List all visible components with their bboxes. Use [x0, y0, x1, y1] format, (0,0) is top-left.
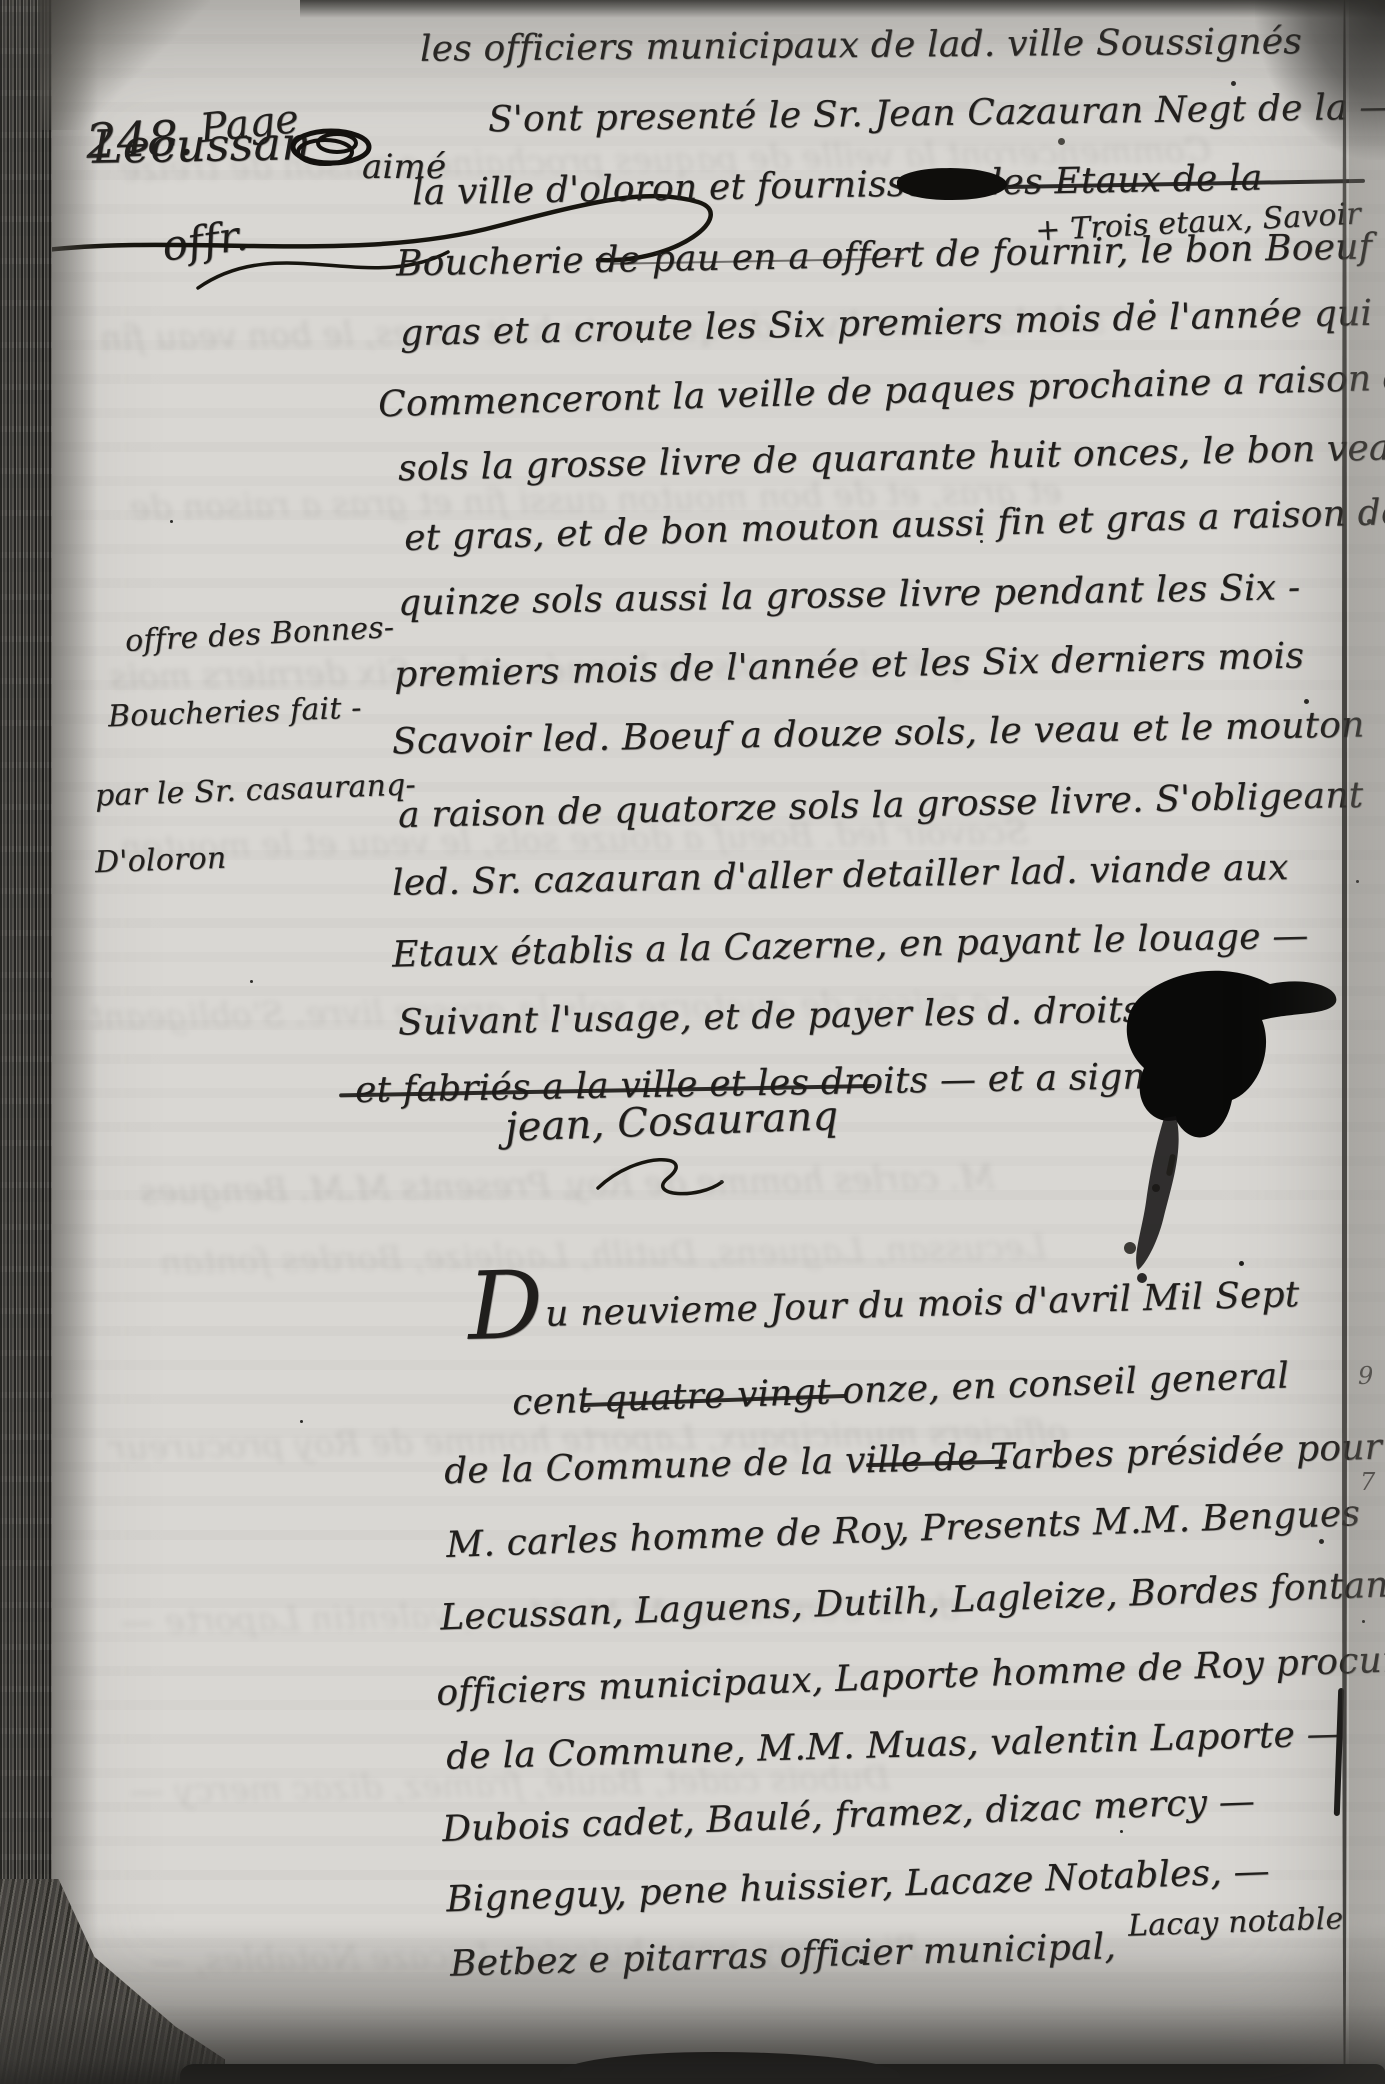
manuscript-line: cent quatre vingt onze, en conseil gener… — [512, 1358, 1290, 1421]
margin-note-line: offre des Bonnes- — [124, 613, 394, 657]
manuscript-line: officiers municipaux, Laporte homme de R… — [436, 1640, 1385, 1712]
manuscript-page: Commenceront la veille de paques prochai… — [0, 0, 1385, 2084]
manuscript-line: Commenceront la veille de paques prochai… — [378, 357, 1385, 424]
manuscript-line: de la Commune, M.M. Muas, valentin Lapor… — [446, 1716, 1344, 1775]
page-fold-line — [1342, 0, 1347, 2084]
corner-shadow-top-left — [40, 0, 210, 130]
strike-mark — [611, 257, 904, 264]
manuscript-line: a raison de quatorze sols la grosse livr… — [398, 778, 1364, 834]
signature-paraph — [590, 1146, 740, 1208]
manuscript-line: de la Commune de la ville de Tarbes prés… — [444, 1430, 1383, 1491]
top-edge-shadow — [300, 0, 1385, 18]
manuscript-line: Du neuvieme Jour du mois d'avril Mil Sep… — [468, 1277, 1300, 1335]
manuscript-line: les officiers municipaux de lad. ville S… — [420, 24, 1302, 68]
manuscript-line: sols la grosse livre de quarante huit on… — [398, 429, 1385, 488]
manuscript-line: Lecussan, Laguens, Dutilh, Lagleize, Bor… — [440, 1567, 1385, 1636]
strike-mark — [582, 1394, 846, 1407]
margin-note-line: Boucheries fait - — [108, 694, 363, 733]
signature: jean, Cosauranq — [504, 1096, 838, 1148]
strike-mark — [866, 1459, 1007, 1467]
next-page-edge — [1349, 0, 1385, 2084]
manuscript-line: Scavoir led. Boeuf a douze sols, le veau… — [392, 708, 1365, 761]
strike-mark — [1007, 179, 1364, 189]
manuscript-line: S'ont presenté le Sr. Jean Cazauran Negt… — [488, 90, 1385, 139]
ink-blot-over-word — [897, 167, 1008, 201]
bleedthrough-text: Lecussan, Laguens, Dutilh, Lagleize, Bor… — [160, 1227, 1047, 1282]
ink-blot — [1072, 948, 1352, 1288]
bleedthrough-text: M. carles homme de Roy, Presents M.M. Be… — [140, 1158, 996, 1213]
margin-note-line: D'oloron — [95, 844, 227, 879]
manuscript-line: premiers mois de l'année et les Six dern… — [394, 638, 1305, 693]
manuscript-line: led. Sr. cazauran d'aller detailler lad.… — [392, 850, 1289, 902]
manuscript-line: M. carles homme de Roy, Presents M.M. Be… — [446, 1496, 1361, 1564]
margin-note-line: par le Sr. casauranq- — [95, 770, 417, 811]
binding-shadow — [52, 0, 98, 2084]
book-binding-edge — [0, 0, 52, 2084]
manuscript-line: gras et a croute les Six premiers mois d… — [400, 296, 1373, 352]
manuscript-line: et gras, et de bon mouton aussi fin et g… — [404, 495, 1385, 557]
manuscript-line: Dubois cadet, Baulé, framez, dizac mercy… — [442, 1784, 1256, 1848]
manuscript-line: quinze sols aussi la grosse livre pendan… — [398, 570, 1301, 622]
corner-shadow-top-right — [1255, 0, 1385, 160]
